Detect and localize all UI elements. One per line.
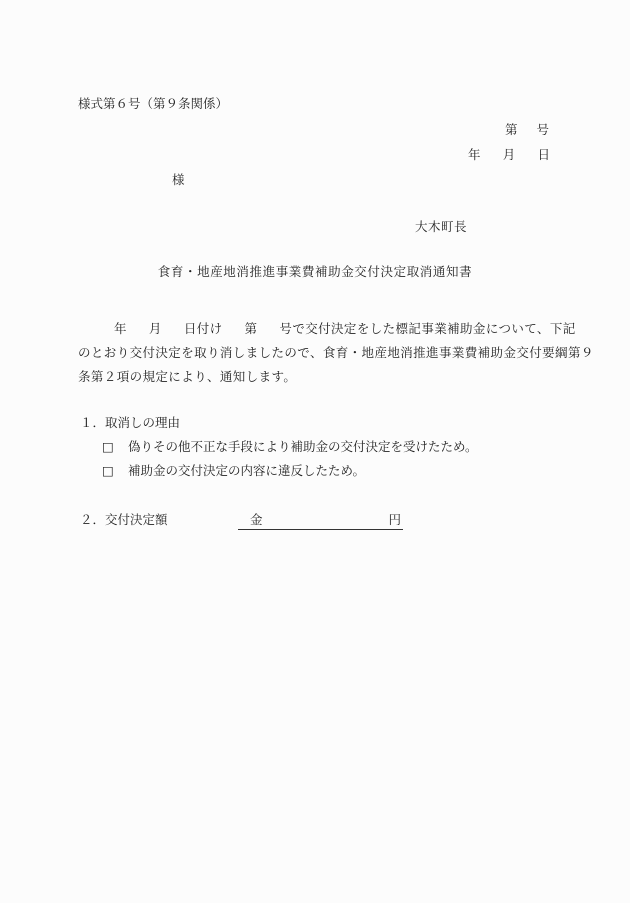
reason-item-violation[interactable]: □補助金の交付決定の内容に違反したため。 [102, 463, 365, 479]
body-text-1: 号で交付決定をした標記事業補助金について、下記 [279, 321, 575, 336]
body-day: 日付け [184, 321, 223, 336]
section1-heading: １．取消しの理由 [80, 415, 180, 431]
checkbox-icon[interactable]: □ [102, 439, 114, 455]
addressee: 様 [172, 172, 185, 188]
date-month: 月 [503, 147, 516, 163]
checkbox-icon[interactable]: □ [102, 463, 114, 479]
document-number: 第 号 [505, 122, 549, 138]
issuer: 大木町長 [415, 219, 467, 235]
reason-label: 補助金の交付決定の内容に違反したため。 [128, 463, 365, 478]
document-title: 食育・地産地消推進事業費補助金交付決定取消通知書 [0, 264, 630, 280]
body-line-3: 条第２項の規定により、通知します。 [78, 365, 553, 389]
form-number: 様式第６号（第９条関係） [78, 96, 228, 112]
amount-suffix: 円 [388, 512, 401, 528]
body-year: 年 [114, 321, 127, 336]
section2-heading: ２．交付決定額 [80, 512, 168, 528]
date-year: 年 [468, 147, 481, 163]
body-month: 月 [149, 321, 162, 336]
body-paragraph: 年月日付け第号で交付決定をした標記事業補助金について、下記 のとおり交付決定を取… [78, 317, 553, 389]
document-date: 年 月 日 [468, 147, 550, 163]
reason-item-fraud[interactable]: □偽りその他不正な手段により補助金の交付決定を受けたため。 [102, 439, 478, 455]
body-number-prefix: 第 [245, 321, 258, 336]
body-line-1: 年月日付け第号で交付決定をした標記事業補助金について、下記 [78, 317, 553, 341]
body-line-2: のとおり交付決定を取り消しましたので、食育・地産地消推進事業費補助金交付要綱第９ [78, 341, 553, 365]
reason-label: 偽りその他不正な手段により補助金の交付決定を受けたため。 [128, 439, 478, 454]
doc-number-prefix: 第 [505, 122, 518, 138]
date-day: 日 [537, 147, 550, 163]
doc-number-suffix: 号 [536, 122, 549, 138]
amount-field[interactable]: 金 円 [238, 512, 403, 530]
amount-prefix: 金 [250, 512, 263, 528]
